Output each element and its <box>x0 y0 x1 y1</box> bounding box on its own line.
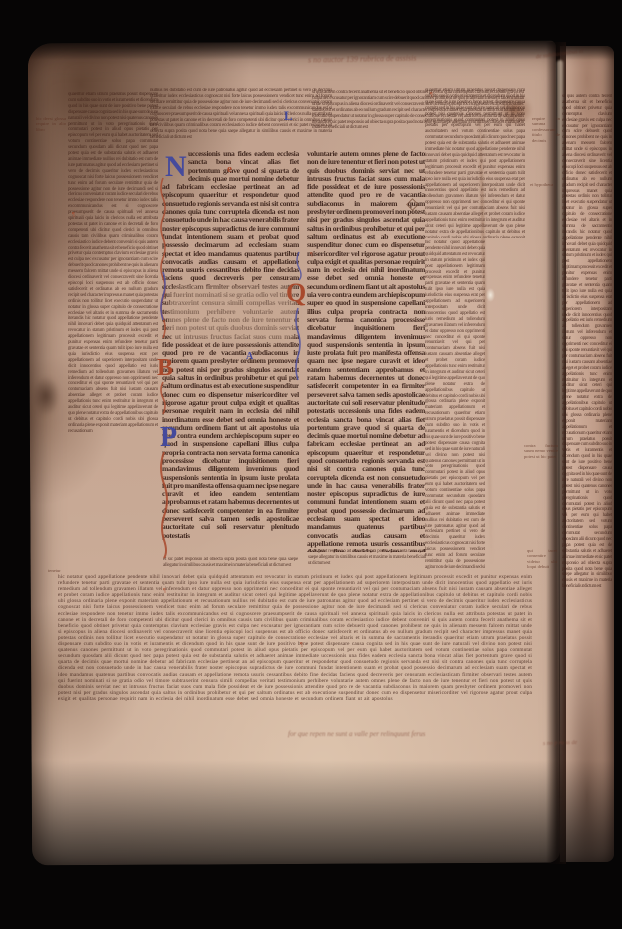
margin-note: tenetur <box>48 568 70 580</box>
gloss-text: et sic patet responsio ad obiecta supra … <box>308 549 426 566</box>
illuminated-initial-Q: Q <box>286 280 306 306</box>
paraph-mark: ¶ <box>72 212 75 218</box>
main-text: uccessionis una fides eadem ecclesia san… <box>307 406 425 552</box>
gloss-foot-col2: et sic patet responsio ad obiecta supra … <box>308 549 426 566</box>
paraph-mark: ¶ <box>430 92 433 98</box>
gloss-text: hic notatur quod appellatione pendente n… <box>68 316 158 433</box>
gloss-right-lower: hic notatur quod appellatione pendente n… <box>425 240 485 570</box>
gloss-text: nullius rei dubitatio est cum de iure pa… <box>150 88 332 128</box>
main-text: uia vero contra eundem archiepiscopum su… <box>307 290 425 415</box>
margin-note: et hypotheca <box>530 182 558 193</box>
gloss-text: quaeritur etiam utrum praelatus possit d… <box>562 431 612 560</box>
dark-stain <box>32 376 60 416</box>
margin-note: contra factum suum nemo venire potest ut… <box>524 443 558 471</box>
gloss-right-upper: quaeritur etiam utrum praelatus possit d… <box>425 88 525 238</box>
gloss-text: nullius rei dubitatio est cum de iure pa… <box>68 157 158 245</box>
photo-shadow-bottom <box>0 760 622 929</box>
gloss-text: si quis autem contra fecerit anathema si… <box>562 94 612 235</box>
paraph-mark: ¶ <box>163 588 166 594</box>
abraded-text-patch <box>168 286 296 342</box>
margin-note: require in summa confessorum titulo de d… <box>532 116 560 146</box>
margin-note: qui tacet consentire videtur ubi loqui d… <box>527 548 557 574</box>
gloss-text: nullius rei dubitatio est cum de iure pa… <box>425 518 485 570</box>
margin-note: hic deest glossa require in alio libro <box>36 116 66 142</box>
gloss-text: hic notatur quod appellatione pendente n… <box>562 230 612 436</box>
penwork-flourish-above-Q <box>295 250 303 282</box>
gloss-bottom-block: hic notatur quod appellatione pendente n… <box>58 574 532 732</box>
decorated-letter-L: L <box>284 109 293 122</box>
gloss-text: quaeritur etiam utrum praelatus possit d… <box>425 411 485 516</box>
parchment-flaw <box>486 288 495 302</box>
main-text: voluntarie autem omnes plene de facto no… <box>307 150 425 291</box>
decorated-letter-A: A <box>246 352 253 362</box>
gloss-text: et sic patet responsio ad obiecta supra … <box>163 557 298 568</box>
gloss-left-column: quaeritur etiam utrum praelatus possit d… <box>68 92 158 575</box>
bottom-right-inscription: s no p ro ss de <box>543 739 607 752</box>
main-text-column-1: uccessionis una fides eadem ecclesia san… <box>162 150 299 560</box>
paraph-mark: ¶ <box>300 642 303 648</box>
paraph-mark: ¶ <box>310 252 313 258</box>
photo-shadow-top <box>0 0 622 60</box>
gloss-text: quaeritur etiam utrum praelatus possit d… <box>425 88 525 152</box>
gloss-text: hic notatur quod appellatione pendente n… <box>425 147 525 238</box>
gloss-foot-col1: et sic patet responsio ad obiecta supra … <box>163 557 298 574</box>
gloss-text: hic notatur quod appellatione pendente n… <box>425 240 485 416</box>
main-text: uia vero contra eundem archiepiscopum su… <box>162 423 299 540</box>
next-folio-text-column: si quis autem contra fecerit anathema si… <box>562 94 612 698</box>
penwork-flourish-column <box>156 176 170 566</box>
penwork-flourish-below-Q <box>293 306 303 390</box>
gloss-text: si quis autem contra fecerit anathema si… <box>68 240 158 322</box>
manuscript-photo: s no auctor 139 rubrica de assisis de su… <box>0 0 622 929</box>
decorated-letter-e: e <box>227 164 232 175</box>
gloss-text: et sic patet responsio ad obiecta supra … <box>562 555 612 590</box>
gloss-top-left: nullius rei dubitatio est cum de iure pa… <box>150 88 332 148</box>
gloss-text: quaeritur etiam utrum praelatus possit d… <box>68 92 158 162</box>
main-text-column-2: voluntarie autem omnes plene de facto no… <box>307 150 425 552</box>
